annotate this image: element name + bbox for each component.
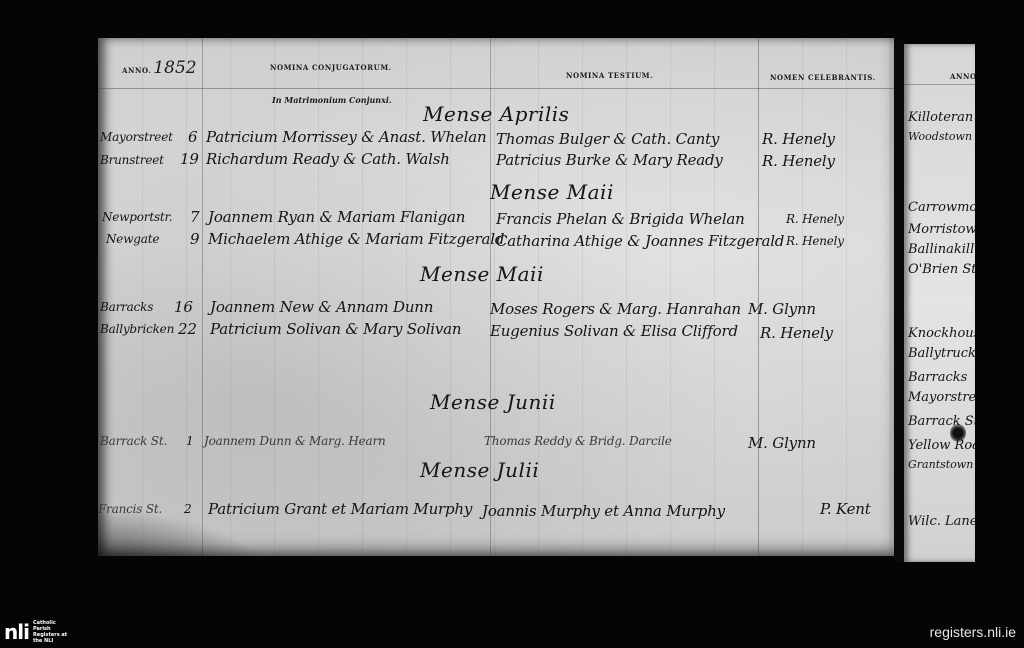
- month-heading: Mense Julii: [420, 458, 539, 482]
- entry-day: 16: [174, 298, 193, 316]
- margin-entry: Wilc. Lane: [908, 514, 975, 529]
- entry-residence: Newgate: [106, 232, 159, 246]
- entry-celebrant: M. Glynn: [748, 300, 816, 318]
- margin-entry: Knockhouse: [908, 326, 975, 341]
- entry-day: 6: [188, 128, 197, 146]
- entry-celebrant: R. Henely: [762, 130, 835, 148]
- margin-entry: Ballinakill: [908, 242, 974, 257]
- header-rule: [98, 88, 894, 89]
- entry-day: 9: [190, 230, 199, 248]
- register-page-left: ANNO.1852 NOMINA CONJUGATORUM. In Matrim…: [98, 38, 894, 556]
- entry-couple: Michaelem Athige & Mariam Fitzgerald: [208, 230, 504, 248]
- column-heading-celebrantis: NOMEN CELEBRANTIS.: [770, 73, 876, 82]
- entry-witnesses: Joannis Murphy et Anna Murphy: [482, 502, 725, 520]
- margin-entry: Barrack St.: [908, 414, 975, 429]
- margin-entry: Ballytruckle: [908, 346, 975, 361]
- margin-entry: Carrowmore: [908, 200, 975, 215]
- entry-witnesses: Francis Phelan & Brigida Whelan: [496, 210, 745, 228]
- register-page-right: ANNO Killoteran Woodstown Carrowmore Mor…: [904, 44, 975, 562]
- entry-residence: Barracks: [100, 300, 153, 314]
- register-image-viewer[interactable]: ANNO.1852 NOMINA CONJUGATORUM. In Matrim…: [0, 0, 1024, 648]
- entry-couple: Patricium Solivan & Mary Solivan: [210, 320, 461, 338]
- column-heading-testium: NOMINA TESTIUM.: [566, 71, 653, 80]
- entry-witnesses: Thomas Bulger & Cath. Canty: [496, 130, 719, 148]
- entry-couple: Patricium Morrissey & Anast. Whelan: [206, 128, 486, 146]
- entry-couple: Joannem New & Annam Dunn: [210, 298, 433, 316]
- nli-logo-text: Catholic Parish Registers at the NLI: [33, 620, 69, 644]
- registers-site-link[interactable]: registers.nli.ie: [930, 624, 1016, 640]
- anno-heading: ANNO.1852: [122, 58, 197, 78]
- entry-day: 2: [184, 502, 191, 516]
- month-heading: Mense Aprilis: [423, 102, 569, 126]
- entry-celebrant: P. Kent: [820, 500, 871, 518]
- entry-witnesses: Patricius Burke & Mary Ready: [496, 151, 723, 169]
- entry-celebrant: R. Henely: [786, 234, 844, 248]
- entry-witnesses: Catharina Athige & Joannes Fitzgerald: [496, 232, 784, 250]
- margin-entry: Morristown: [908, 222, 975, 237]
- margin-entry: Woodstown: [908, 130, 972, 143]
- entry-witnesses: Eugenius Solivan & Elisa Clifford: [490, 322, 738, 340]
- header-rule: [904, 84, 975, 85]
- entry-celebrant: R. Henely: [760, 324, 833, 342]
- entry-witnesses: Thomas Reddy & Bridg. Darcile: [484, 434, 672, 448]
- margin-entry: Mayorstreet: [908, 390, 975, 405]
- column-divider: [202, 38, 203, 556]
- nli-logo-mark: nli: [4, 622, 29, 642]
- month-heading: Mense Maii: [490, 180, 614, 204]
- column-heading-conjugatorum: NOMINA CONJUGATORUM.: [270, 63, 392, 72]
- column-divider: [758, 38, 759, 556]
- entry-residence: Ballybricken: [100, 322, 174, 336]
- entry-day: 19: [180, 150, 199, 168]
- month-heading: Mense Junii: [430, 390, 556, 414]
- entry-couple: Joannem Ryan & Mariam Flanigan: [208, 208, 465, 226]
- anno-label: ANNO.: [122, 66, 151, 75]
- month-heading: Mense Maii: [420, 262, 544, 286]
- book-gutter: [894, 40, 904, 562]
- margin-entry: O'Brien St.: [908, 262, 975, 277]
- ink-blot: [950, 424, 966, 442]
- margin-entry: Grantstown: [908, 458, 973, 471]
- margin-entry: Barracks: [908, 370, 967, 385]
- column-subheading-conjunxi: In Matrimonium Conjunxi.: [272, 95, 392, 105]
- entry-couple: Richardum Ready & Cath. Walsh: [206, 150, 450, 168]
- entry-residence: Newportstr.: [102, 210, 172, 224]
- entry-celebrant: R. Henely: [786, 212, 844, 226]
- entry-celebrant: M. Glynn: [748, 434, 816, 452]
- entry-witnesses: Moses Rogers & Marg. Hanrahan: [490, 300, 741, 318]
- entry-couple: Joannem Dunn & Marg. Hearn: [204, 434, 386, 448]
- entry-day: 1: [186, 434, 193, 448]
- entry-residence: Mayorstreet: [100, 130, 173, 144]
- margin-entry: Killoteran: [908, 110, 973, 125]
- entry-celebrant: R. Henely: [762, 152, 835, 170]
- entry-day: 22: [178, 320, 197, 338]
- entry-day: 7: [190, 208, 199, 226]
- entry-couple: Patricium Grant et Mariam Murphy: [208, 500, 472, 518]
- year-value: 1852: [153, 58, 196, 78]
- anno-heading-right: ANNO: [950, 72, 975, 81]
- entry-residence: Francis St.: [98, 502, 162, 516]
- entry-residence: Barrack St.: [100, 434, 167, 448]
- entry-residence: Brunstreet: [100, 153, 164, 167]
- nli-logo[interactable]: nli Catholic Parish Registers at the NLI: [4, 620, 69, 644]
- margin-entry: Yellow Road: [908, 438, 975, 453]
